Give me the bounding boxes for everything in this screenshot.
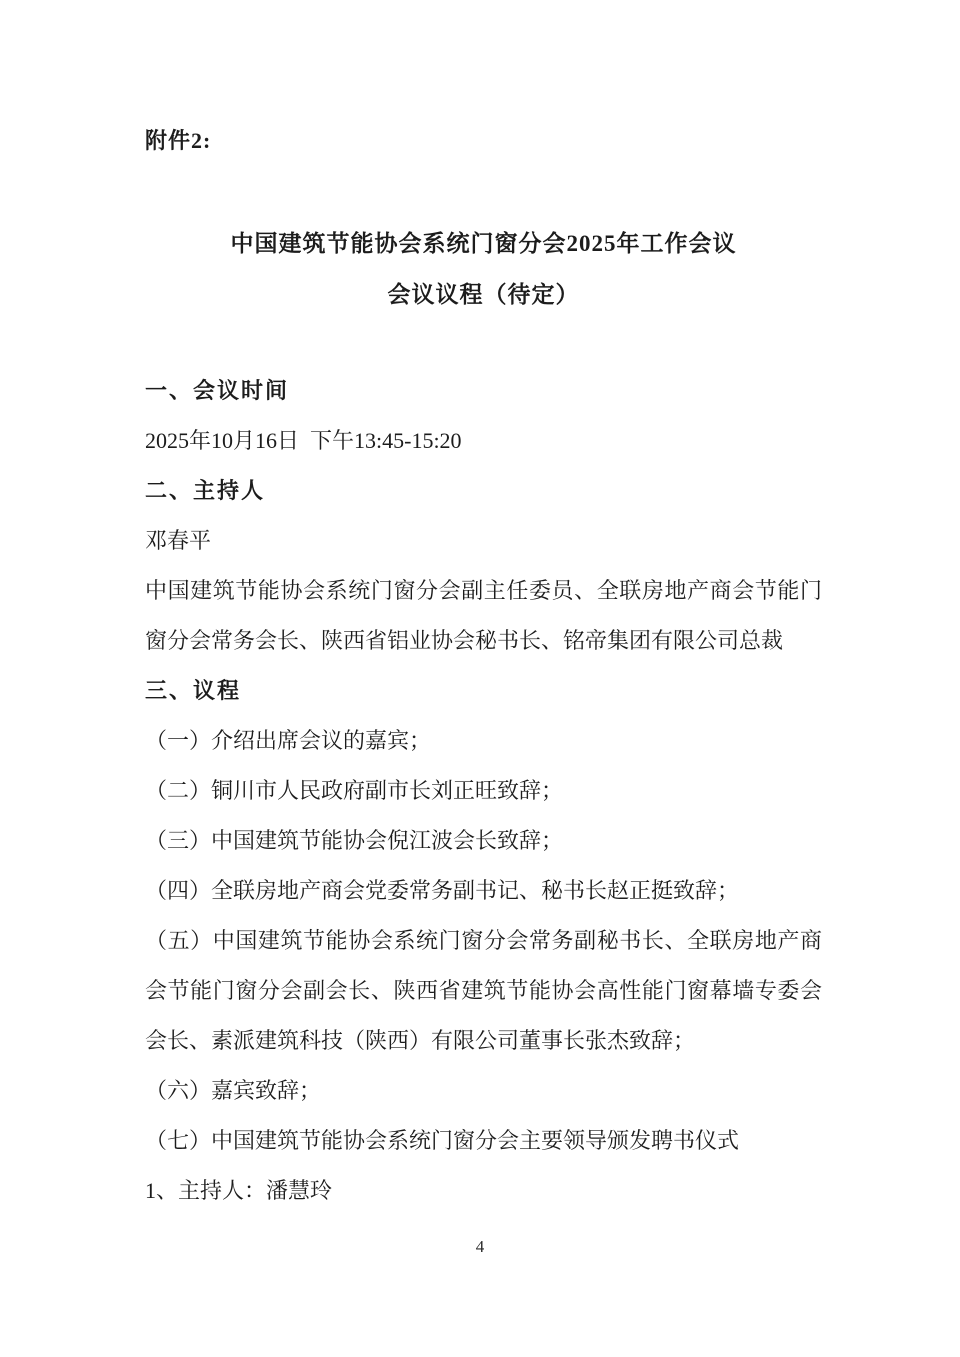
document-title-line-2: 会议议程（待定）	[145, 269, 822, 320]
page-number: 4	[0, 1238, 960, 1357]
agenda-item-6: （六）嘉宾致辞；	[145, 1066, 822, 1116]
agenda-item-1: （一）介绍出席会议的嘉宾；	[145, 716, 822, 766]
section-heading-meeting-time: 一、会议时间	[145, 366, 822, 416]
section-heading-agenda: 三、议程	[145, 666, 822, 716]
meeting-time-value: 2025年10月16日 下午13:45-15:20	[145, 416, 822, 466]
agenda-item-3: （三）中国建筑节能协会倪江波会长致辞；	[145, 816, 822, 866]
agenda-item-2: （二）铜川市人民政府副市长刘正旺致辞；	[145, 766, 822, 816]
document-body: 一、会议时间 2025年10月16日 下午13:45-15:20 二、主持人 邓…	[145, 366, 822, 1216]
agenda-item-4: （四）全联房地产商会党委常务副书记、秘书长赵正挺致辞；	[145, 866, 822, 916]
agenda-item-5: （五）中国建筑节能协会系统门窗分会常务副秘书长、全联房地产商会节能门窗分会副会长…	[145, 916, 822, 1066]
document-content: 附件2: 中国建筑节能协会系统门窗分会2025年工作会议 会议议程（待定） 一、…	[0, 0, 960, 1216]
host-description: 中国建筑节能协会系统门窗分会副主任委员、全联房地产商会节能门窗分会常务会长、陕西…	[145, 566, 822, 666]
document-page: 附件2: 中国建筑节能协会系统门窗分会2025年工作会议 会议议程（待定） 一、…	[0, 0, 960, 1357]
section-heading-host: 二、主持人	[145, 466, 822, 516]
host-name: 邓春平	[145, 516, 822, 566]
attachment-label: 附件2:	[145, 116, 822, 166]
document-title-block: 中国建筑节能协会系统门窗分会2025年工作会议 会议议程（待定）	[145, 218, 822, 320]
document-title-line-1: 中国建筑节能协会系统门窗分会2025年工作会议	[145, 218, 822, 269]
agenda-sub-host-line: 1、主持人：潘慧玲	[145, 1166, 822, 1216]
agenda-item-7: （七）中国建筑节能协会系统门窗分会主要领导颁发聘书仪式	[145, 1116, 822, 1166]
